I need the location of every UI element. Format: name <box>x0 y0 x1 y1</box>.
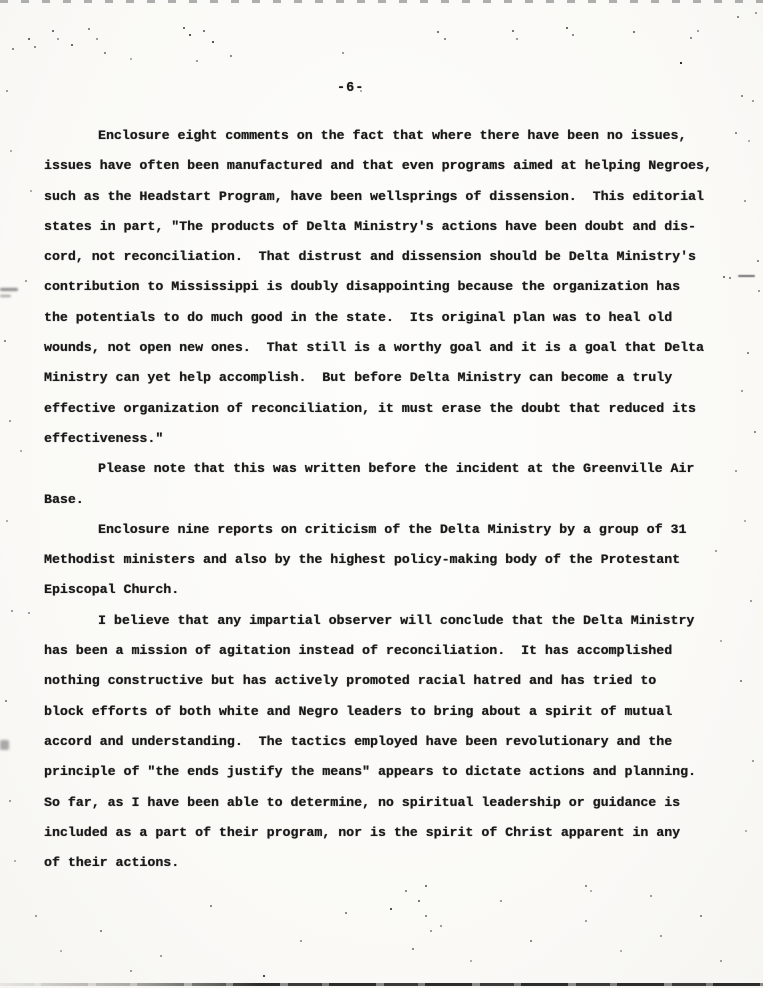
text-line: issues have often been manufactured and … <box>44 151 744 181</box>
text-line: effective organization of reconciliation… <box>44 394 744 424</box>
scan-smudge <box>0 288 18 291</box>
text-line: Please note that this was written before… <box>44 454 744 484</box>
text-line: Enclosure nine reports on criticism of t… <box>44 515 744 545</box>
scan-top-edge-artifact <box>0 0 763 3</box>
text-line: has been a mission of agitation instead … <box>44 636 744 666</box>
text-line: Episcopal Church. <box>44 575 744 605</box>
text-line: included as a part of their program, nor… <box>44 818 744 848</box>
text-line: nothing constructive but has actively pr… <box>44 666 744 696</box>
text-line: block efforts of both white and Negro le… <box>44 697 744 727</box>
text-line: Ministry can yet help accomplish. But be… <box>44 363 744 393</box>
scan-noise-speckles <box>0 0 2 2</box>
text-line: the potentials to do much good in the st… <box>44 303 744 333</box>
text-line: wounds, not open new ones. That still is… <box>44 333 744 363</box>
text-line: of their actions. <box>44 848 744 878</box>
text-line: states in part, "The products of Delta M… <box>44 212 744 242</box>
text-line: accord and understanding. The tactics em… <box>44 727 744 757</box>
text-line: Methodist ministers and also by the high… <box>44 545 744 575</box>
text-line: such as the Headstart Program, have been… <box>44 182 744 212</box>
text-line: effectiveness." <box>44 424 744 454</box>
scan-smudge <box>0 295 11 297</box>
text-line: Base. <box>44 485 744 515</box>
text-line: principle of "the ends justify the means… <box>44 757 744 787</box>
page-number: -6- <box>337 81 364 96</box>
text-line: Enclosure eight comments on the fact tha… <box>44 121 744 151</box>
text-line: contribution to Mississippi is doubly di… <box>44 272 744 302</box>
scan-bottom-edge-fade <box>0 983 260 986</box>
letter-body: Enclosure eight comments on the fact tha… <box>44 121 744 878</box>
scan-smudge <box>0 740 9 750</box>
text-line: So far, as I have been able to determine… <box>44 788 744 818</box>
document-page: -6- Enclosure eight comments on the fact… <box>0 0 763 988</box>
text-line: cord, not reconciliation. That distrust … <box>44 242 744 272</box>
text-line: I believe that any impartial observer wi… <box>44 606 744 636</box>
